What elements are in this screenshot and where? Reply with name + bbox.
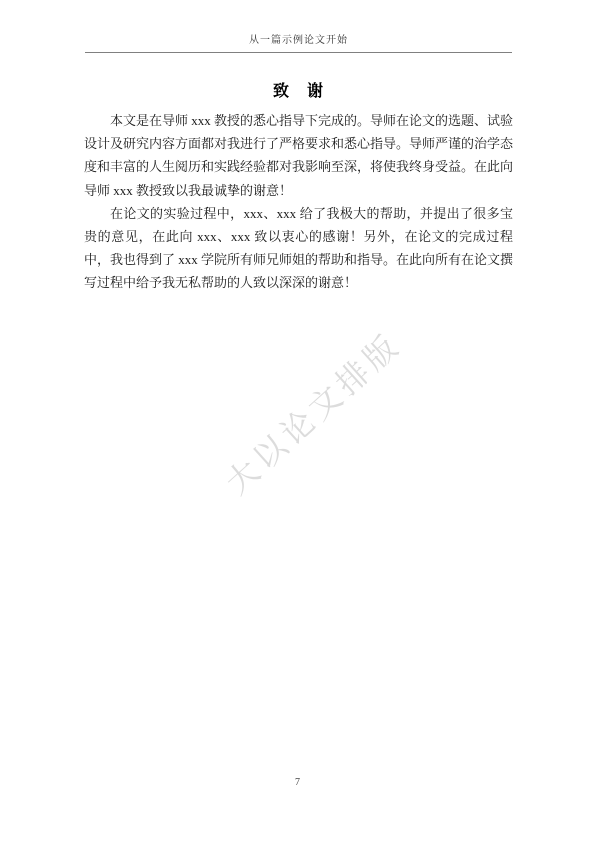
page-title: 致 谢 [84, 78, 513, 101]
running-header: 从一篇示例论文开始 [85, 31, 512, 53]
watermark-text: 大以论文排版 [214, 321, 410, 504]
paragraph-2: 在论文的实验过程中，xxx、xxx 给了我极大的帮助，并提出了很多宝贵的意见，在… [84, 202, 513, 295]
running-header-text: 从一篇示例论文开始 [249, 35, 348, 46]
page-footer: 7 [0, 777, 595, 788]
document-page: 从一篇示例论文开始 致 谢 本文是在导师 xxx 教授的悉心指导下完成的。导师在… [0, 0, 595, 842]
paragraph-1: 本文是在导师 xxx 教授的悉心指导下完成的。导师在论文的选题、试验设计及研究内… [84, 109, 513, 202]
page-number: 7 [295, 777, 300, 788]
body-content: 本文是在导师 xxx 教授的悉心指导下完成的。导师在论文的选题、试验设计及研究内… [84, 109, 513, 295]
